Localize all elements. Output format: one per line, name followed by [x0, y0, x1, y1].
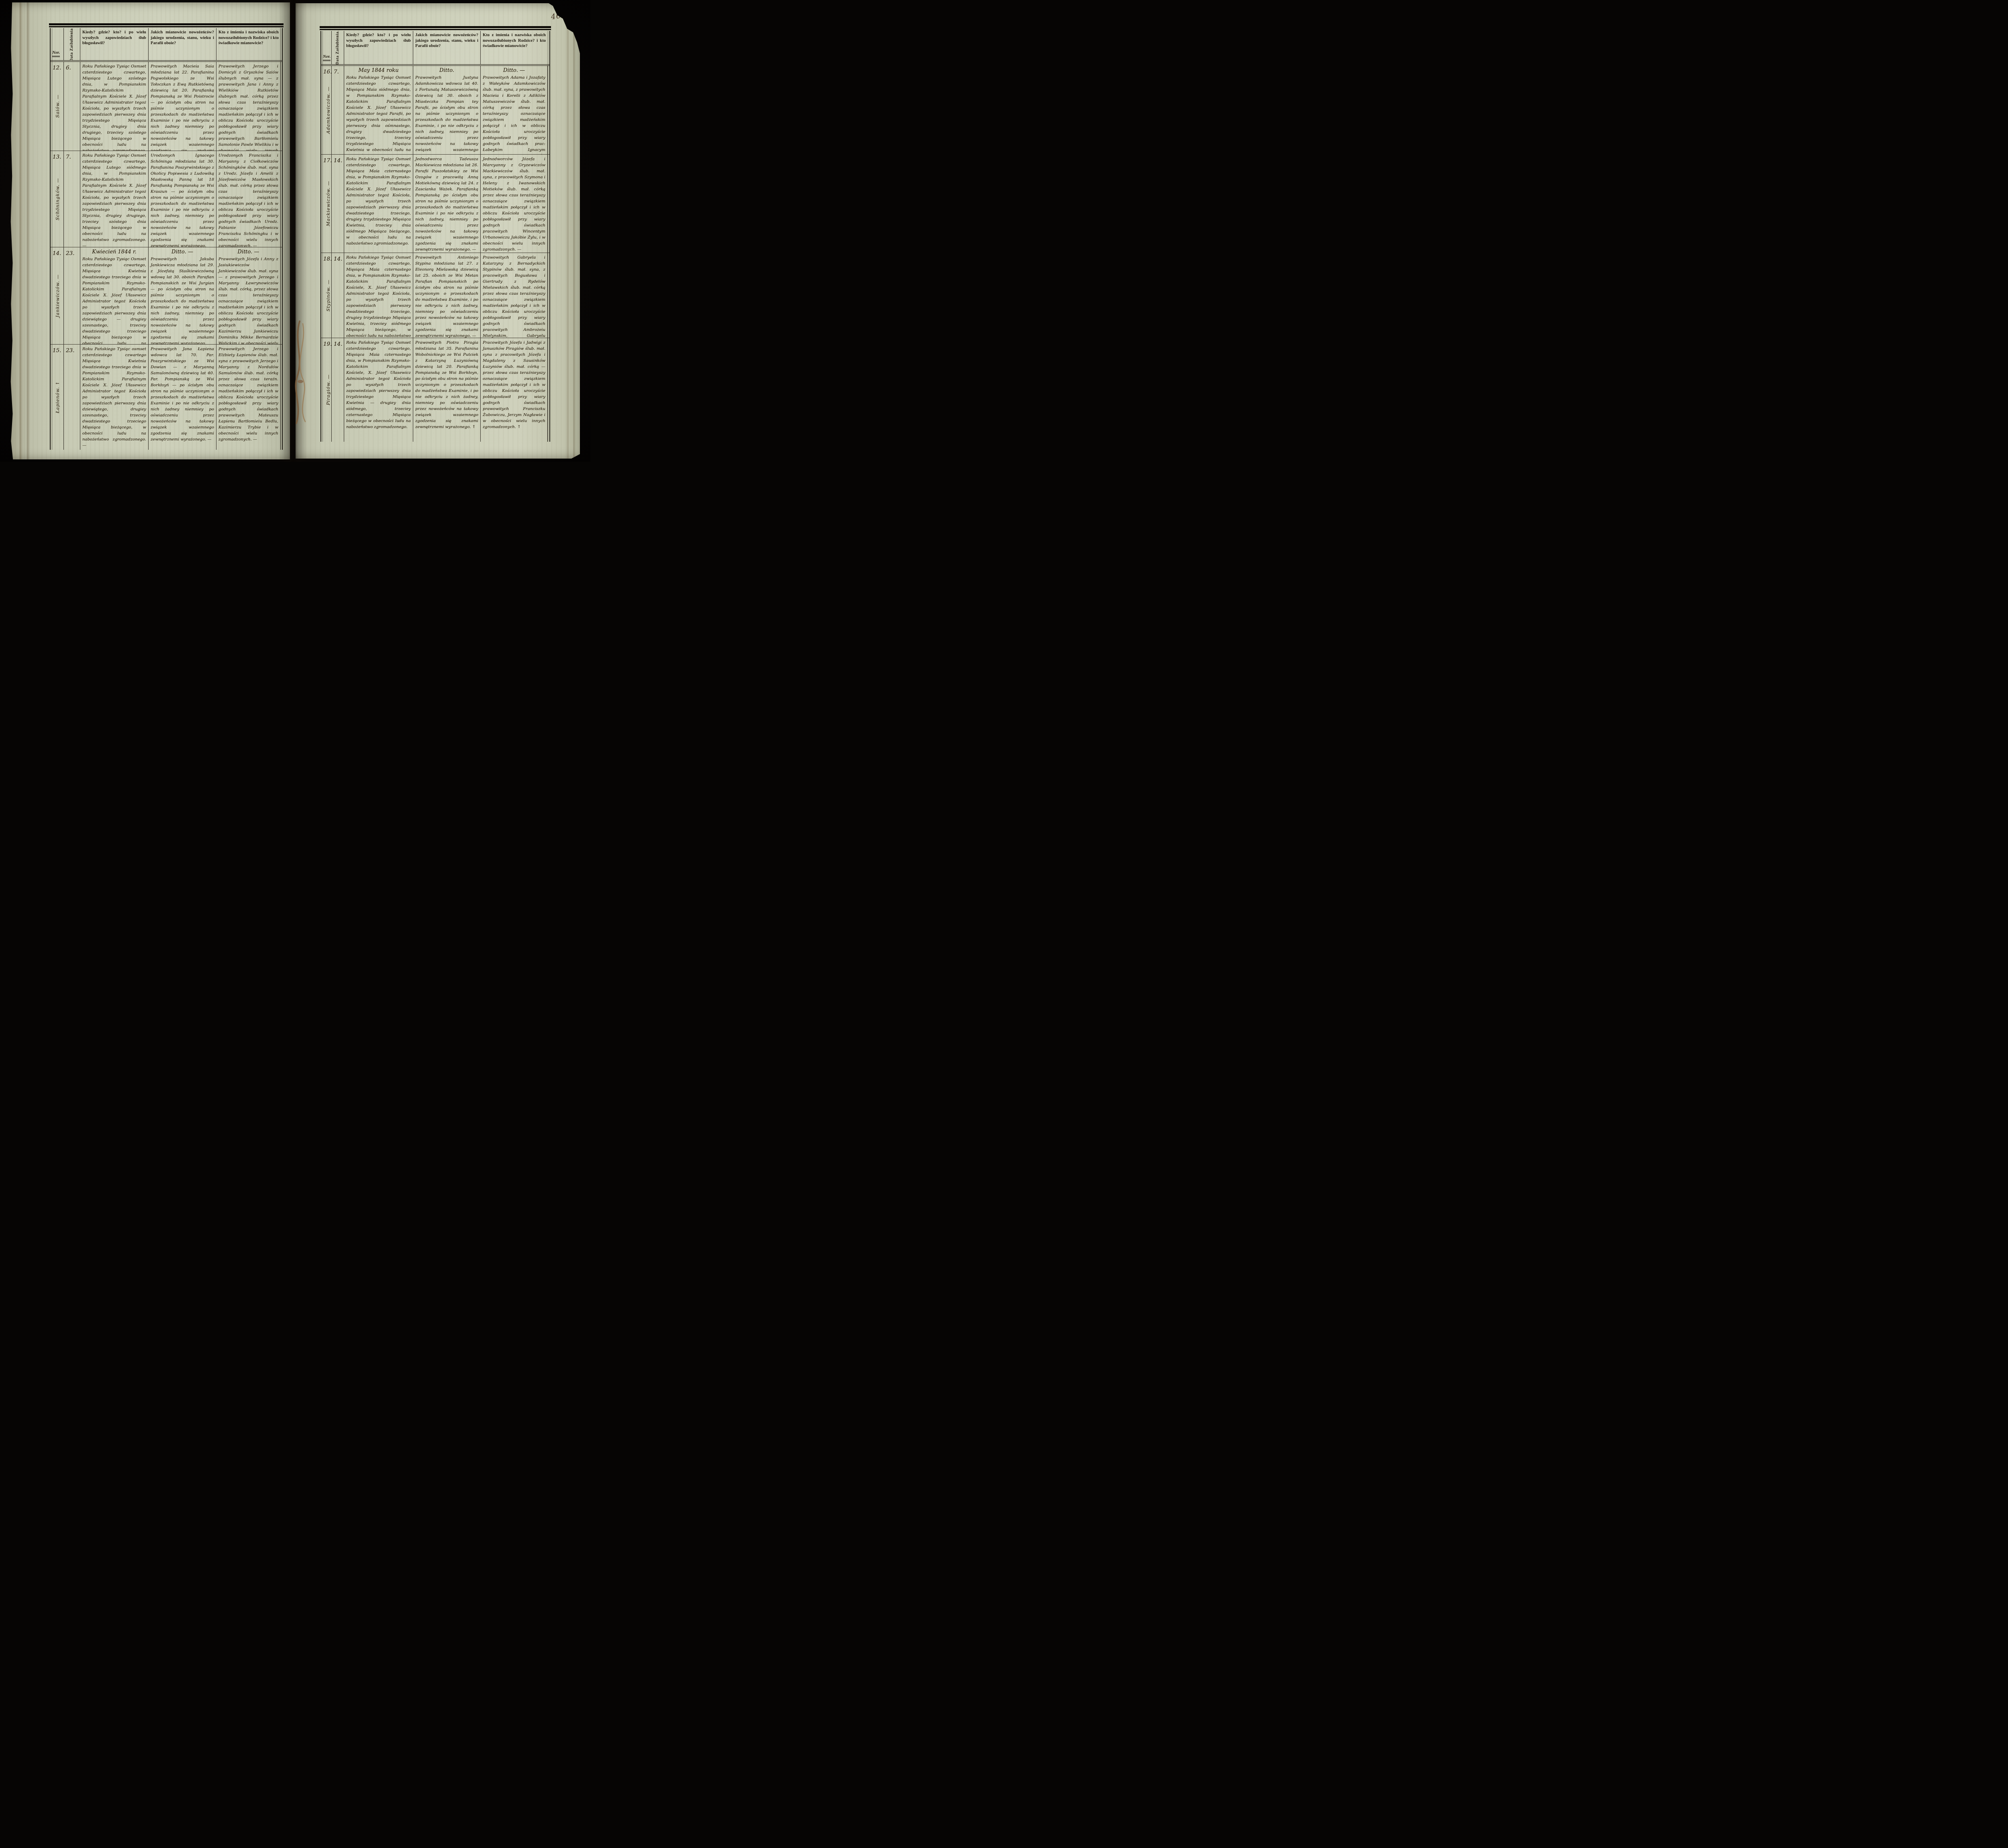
- record-who-cell: Prawowitych Piotra Piragia młodziana lat…: [413, 338, 481, 442]
- data-label: Data Zaślubienia.: [64, 29, 80, 59]
- record-parents-text: Jednodworców Józefa i Marcyanny z Gryzew…: [483, 156, 545, 253]
- record-who-text: Prawowitych Jana Łapiena wdowca lat 70. …: [151, 346, 214, 443]
- record-row-19: 19. 14. Roku Pańskiego Tysiąc Osmset czt…: [321, 338, 549, 442]
- register-book-scan: Ner. Data Zaślubienia. Kiedy? gdzie? kto…: [0, 0, 590, 462]
- record-when-text: Roku Pańskiego Tysiąc Osmset czterdziest…: [82, 153, 146, 247]
- record-when-text: Roku Pańskiego Tysiąc Osmset czterdziest…: [346, 156, 411, 247]
- ditto-heading: Ditto. —: [483, 67, 545, 73]
- record-when-text: Roku Pańskiego Tysiąc Osmset czterdziest…: [346, 75, 411, 154]
- record-number: 16.: [323, 69, 332, 75]
- record-number: 18.: [323, 256, 332, 262]
- record-date-cell: 14.: [332, 155, 344, 253]
- record-number-cell: 15.: [51, 345, 64, 450]
- record-when-text: Roku Pańskiego Tysiąc Osmset czterdziest…: [82, 256, 146, 344]
- record-number: 15.: [53, 347, 61, 354]
- record-number: 19.: [323, 341, 332, 347]
- header-data: Data Zaślubienia.: [332, 31, 344, 64]
- ner-label: Ner.: [52, 50, 60, 57]
- record-who-cell: Urodzonych Ignacego Schöninga młodziana …: [149, 151, 216, 247]
- ditto-heading: Ditto. —: [218, 249, 278, 255]
- record-when-text: Roku Pańskiego Tysiąc Osmset czterdziest…: [346, 255, 411, 338]
- record-parents-text: Urodzonych Franciszka i Maryanny z Ciołk…: [218, 153, 278, 247]
- header-row: Ner. Data Zaślubienia. Kiedy? gdzie? kto…: [51, 28, 282, 62]
- record-parents-cell: Jednodworców Józefa i Marcyanny z Gryzew…: [481, 155, 548, 253]
- record-row-12: 12. 6. Roku Pańskiego Tysiąc Osmset czte…: [51, 62, 282, 151]
- ditto-heading: Ditto.: [415, 67, 478, 73]
- record-parents-cell: Urodzonych Franciszka i Maryanny z Ciołk…: [216, 151, 281, 247]
- record-parents-text: Pracowitych Józefa i Jadwigi z Januszków…: [483, 340, 545, 430]
- data-label: Data Zaślubienia.: [332, 32, 344, 63]
- record-when-text: Roku Pańskiego Tysiąc osmset czterdziest…: [82, 346, 146, 449]
- header-data: Data Zaślubienia.: [64, 28, 80, 60]
- record-date: 23.: [66, 250, 74, 257]
- record-row-14: 14. 23. Kwiecień 1844 r.Roku Pańskiego T…: [51, 247, 282, 345]
- record-when-cell: Roku Pańskiego Tysiąc osmset czterdziest…: [80, 345, 149, 450]
- header-row: Ner. Data Zaślubienia. Kiedy? gdzie? kto…: [321, 31, 549, 66]
- record-number-cell: 17.: [321, 155, 332, 253]
- ditto-heading: Ditto. —: [151, 249, 214, 255]
- left-page: Ner. Data Zaślubienia. Kiedy? gdzie? kto…: [10, 2, 290, 459]
- record-parents-cell: Pracowitych Józefa i Jadwigi z Januszków…: [481, 338, 548, 442]
- record-who-text: Jednodworca Tadeusza Mackiewicza młodzia…: [415, 156, 478, 253]
- record-number-cell: 16.: [321, 66, 332, 154]
- record-who-text: Prawowitych Macieia Saia młodziana lat 2…: [151, 63, 214, 151]
- record-when-cell: May 1844 rokuRoku Pańskiego Tysiąc Osmse…: [344, 66, 413, 154]
- header-ner: Ner.: [51, 28, 64, 60]
- right-page: 46. Ner. Data Zaślubienia. Kiedy? gdzie?…: [296, 3, 580, 459]
- record-date: 23.: [66, 347, 74, 354]
- record-when-text: Roku Pańskiego Tysiąc Osmset czterdziest…: [82, 63, 146, 151]
- record-date: 14.: [334, 157, 342, 164]
- record-number-cell: 14.: [51, 247, 64, 344]
- record-date: 14.: [334, 256, 342, 262]
- record-who-text: Urodzonych Ignacego Schöninga młodziana …: [151, 153, 214, 247]
- record-row-13: 13. 7. Roku Pańskiego Tysiąc Osmset czte…: [51, 151, 282, 247]
- record-row-18: 18. 14. Roku Pańskiego Tysiąc Osmset czt…: [321, 253, 549, 338]
- record-parents-cell: Prawowitych Gabryela i Katarzyny z Berna…: [481, 253, 548, 338]
- record-when-cell: Roku Pańskiego Tysiąc Osmset czterdziest…: [80, 151, 149, 247]
- header-who: Jakich mianowicie nowożeńców? jakiego ur…: [149, 28, 216, 60]
- record-parents-cell: Prawowitych Jerzego i Elżbiety Łapienów …: [216, 345, 281, 450]
- record-who-text: Prawowitych Piotra Piragia młodziana lat…: [415, 340, 478, 430]
- record-parents-text: Prawowitych Jerzego i Domicyli z Gryszkó…: [218, 63, 278, 151]
- header-when: Kiedy? gdzie? kto? i po wielu wyszłych z…: [80, 28, 149, 60]
- record-parents-text: Prawowitych Jerzego i Elżbiety Łapienów …: [218, 346, 278, 443]
- record-parents-cell: Ditto. —Prawowitych Adama i Jozafaty z W…: [481, 66, 548, 154]
- record-parents-text: Prawowitych Józefa i Anny z Jasiukiewicz…: [218, 256, 278, 344]
- record-who-cell: Prawowitych Macieia Saia młodziana lat 2…: [149, 62, 216, 151]
- record-number-cell: 19.: [321, 338, 332, 442]
- record-date: 14.: [334, 341, 342, 347]
- record-who-cell: Jednodworca Tadeusza Mackiewicza młodzia…: [413, 155, 481, 253]
- record-date: 6.: [66, 65, 71, 71]
- record-date-cell: 7.: [64, 151, 80, 247]
- table-top-rule: [49, 23, 284, 27]
- record-when-cell: Roku Pańskiego Tysiąc Osmset czterdziest…: [344, 253, 413, 338]
- record-when-cell: Kwiecień 1844 r.Roku Pańskiego Tysiąc Os…: [80, 247, 149, 344]
- record-date: 7.: [66, 154, 71, 160]
- record-parents-text: Prawowitych Adama i Jozafaty z Wałeyków …: [483, 75, 545, 154]
- header-ner: Ner.: [321, 31, 332, 64]
- header-parents: Kto z imienia i nazwiska oboich nowozaśl…: [216, 28, 281, 60]
- record-row-15: 15. 23. Roku Pańskiego Tysiąc osmset czt…: [51, 345, 282, 450]
- record-parents-cell: Prawowitych Jerzego i Domicyli z Gryszkó…: [216, 62, 281, 151]
- header-parents: Kto z imienia i nazwiska oboich nowozaśl…: [481, 31, 548, 64]
- record-when-cell: Roku Pańskiego Tysiąc Osmset czterdziest…: [344, 155, 413, 253]
- record-who-cell: Ditto. —Prawowitych Jakuba Jankiewicza m…: [149, 247, 216, 344]
- record-row-17: 17. 14. Roku Pańskiego Tysiąc Osmset czt…: [321, 155, 549, 253]
- record-who-cell: Ditto.Prawowitych Justyna Adamkowicza wd…: [413, 66, 481, 154]
- ner-label: Ner.: [323, 54, 331, 61]
- record-date: 7.: [334, 69, 339, 75]
- record-date-cell: 14.: [332, 338, 344, 442]
- record-row-16: 16. 7. May 1844 rokuRoku Pańskiego Tysią…: [321, 66, 549, 155]
- record-number-cell: 12.: [51, 62, 64, 151]
- month-heading: May 1844 roku: [346, 67, 411, 73]
- record-when-cell: Roku Pańskiego Tysiąc Osmset czterdziest…: [80, 62, 149, 151]
- right-page-table: Ner. Data Zaślubienia. Kiedy? gdzie? kto…: [320, 31, 550, 442]
- record-number: 17.: [323, 157, 332, 164]
- record-parents-text: Prawowitych Gabryela i Katarzyny z Berna…: [483, 255, 545, 338]
- record-number: 12.: [53, 65, 61, 71]
- header-who: Jakich mianowicie nowożeńców? jakiego ur…: [413, 31, 481, 64]
- month-heading: Kwiecień 1844 r.: [82, 249, 146, 255]
- record-who-cell: Prawowitych Antoniego Stypina młodziana …: [413, 253, 481, 338]
- record-number-cell: 13.: [51, 151, 64, 247]
- record-date-cell: 6.: [64, 62, 80, 151]
- record-date-cell: 14.: [332, 253, 344, 338]
- record-when-text: Roku Pańskiego Tysiąc Osmset czterdziest…: [346, 340, 411, 430]
- record-who-text: Prawowitych Jakuba Jankiewicza młodziana…: [151, 256, 214, 344]
- record-number: 14.: [53, 250, 61, 257]
- record-who-text: Prawowitych Justyna Adamkowicza wdowca l…: [415, 75, 478, 154]
- record-who-cell: Prawowitych Jana Łapiena wdowca lat 70. …: [149, 345, 216, 450]
- record-when-cell: Roku Pańskiego Tysiąc Osmset czterdziest…: [344, 338, 413, 442]
- left-page-table: Ner. Data Zaślubienia. Kiedy? gdzie? kto…: [50, 28, 283, 450]
- record-number-cell: 18.: [321, 253, 332, 338]
- record-parents-cell: Ditto. —Prawowitych Józefa i Anny z Jasi…: [216, 247, 281, 344]
- record-who-text: Prawowitych Antoniego Stypina młodziana …: [415, 255, 478, 338]
- record-date-cell: 23.: [64, 345, 80, 450]
- table-top-rule: [320, 26, 551, 30]
- record-number: 13.: [53, 154, 61, 160]
- record-date-cell: 23.: [64, 247, 80, 344]
- record-date-cell: 7.: [332, 66, 344, 154]
- header-when: Kiedy? gdzie? kto? i po wielu wyszłych z…: [344, 31, 413, 64]
- page-number: 46.: [551, 11, 564, 21]
